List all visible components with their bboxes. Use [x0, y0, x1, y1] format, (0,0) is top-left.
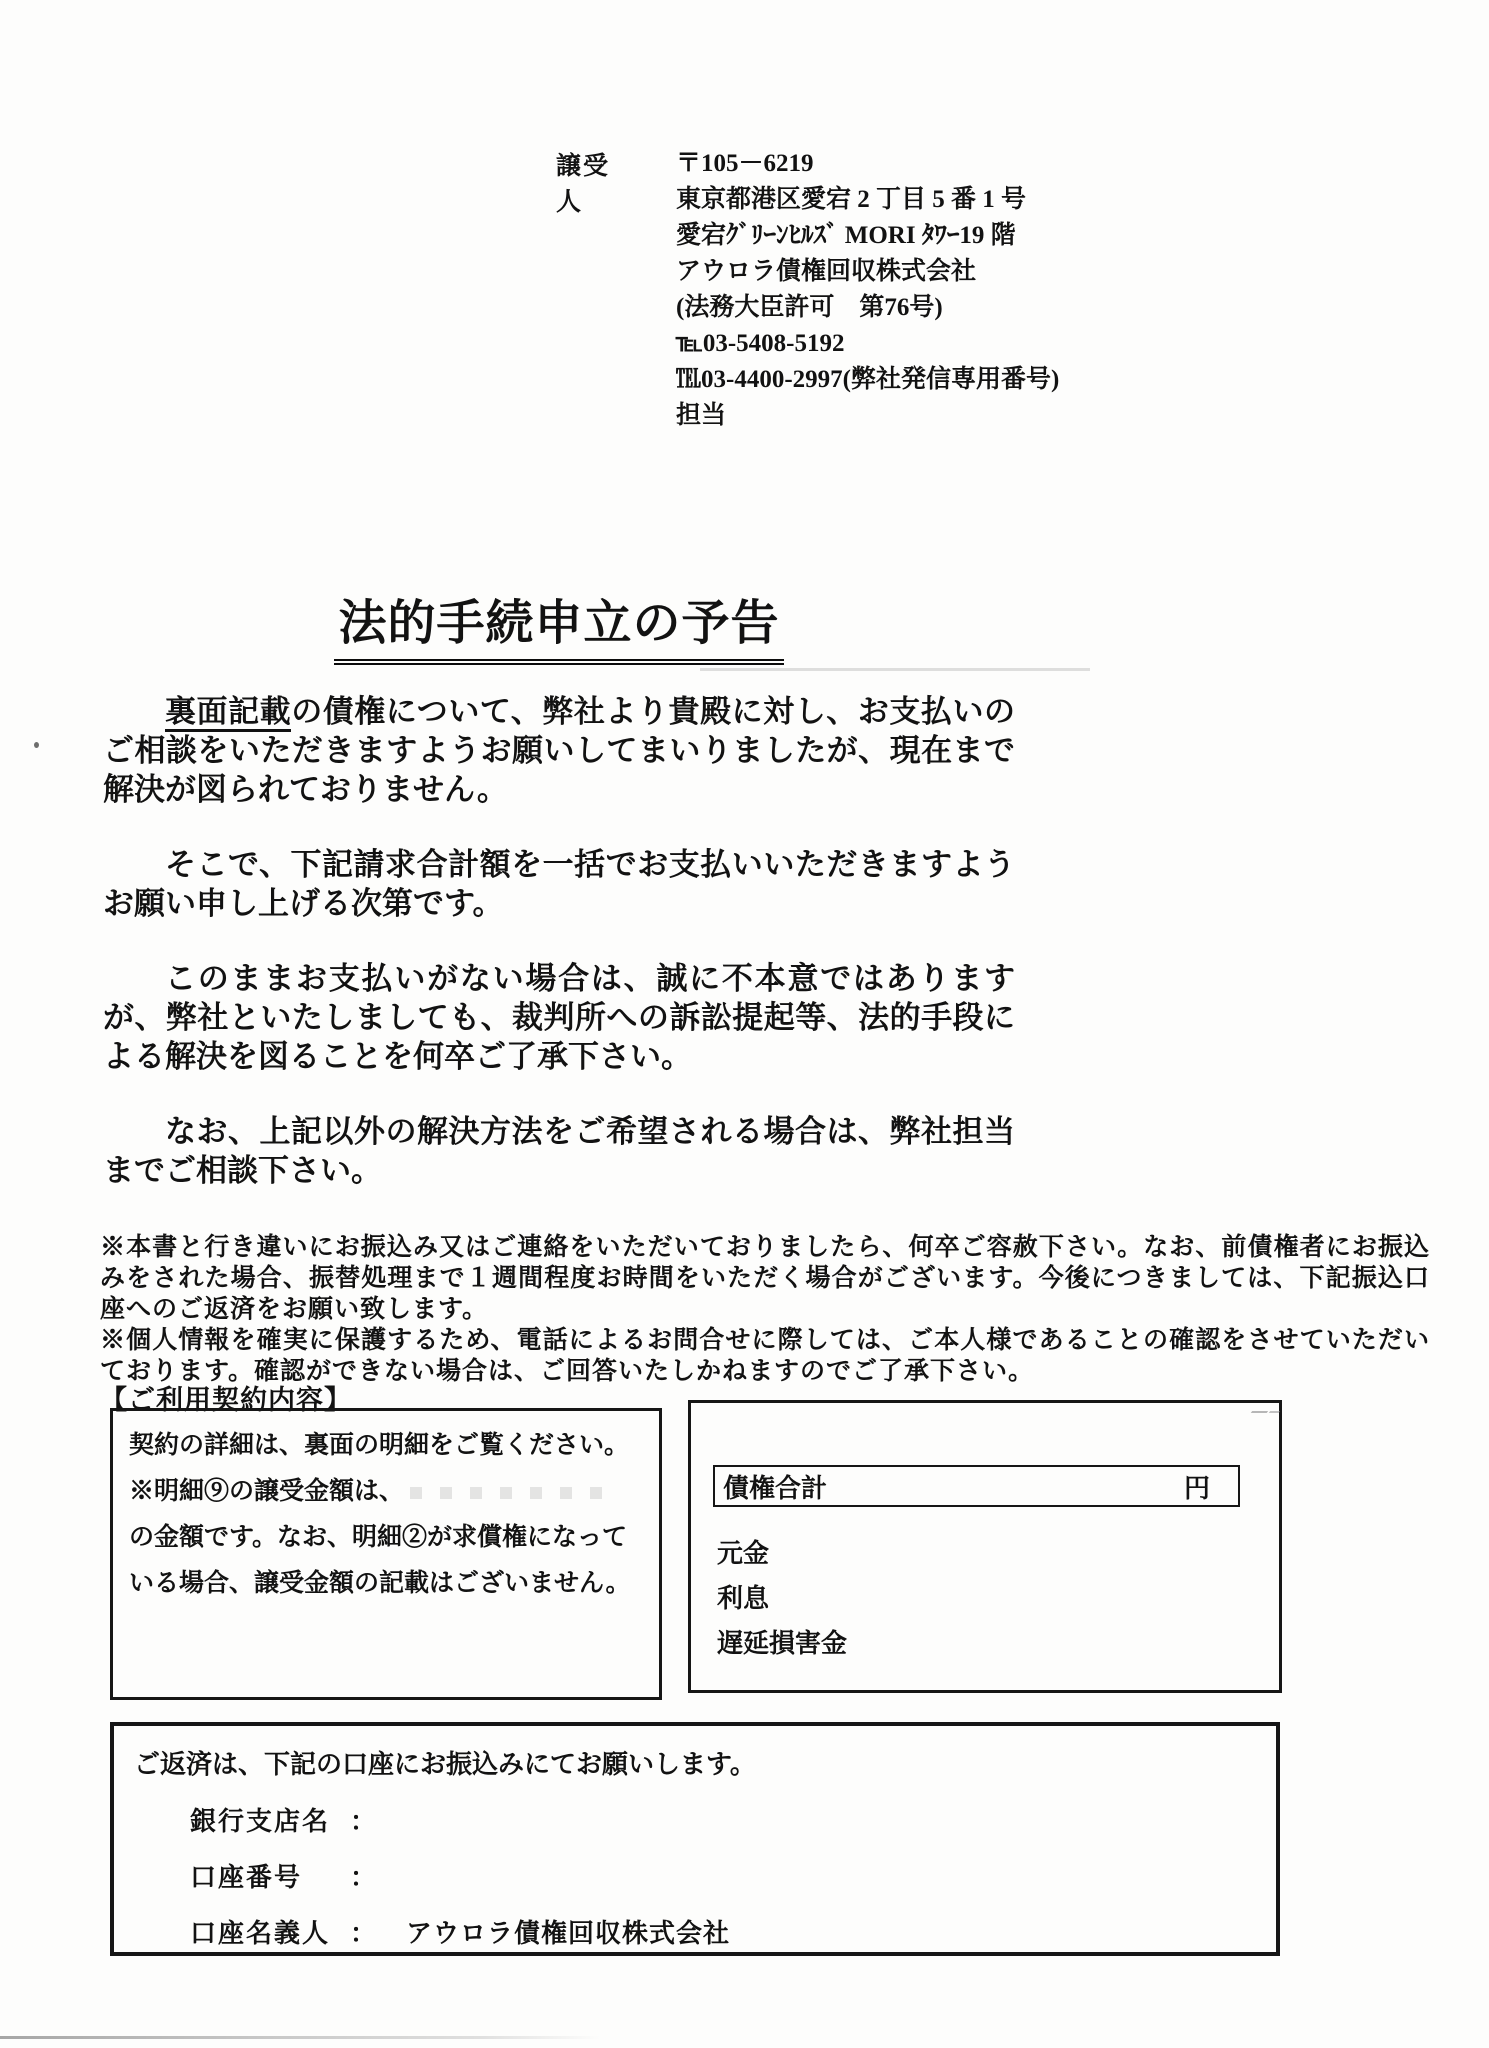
notes-column: ※本書と行き違いにお振込み又はご連絡をいただいておりましたら、何卒ご容赦下さい。…	[100, 1232, 1430, 1387]
contact-label: 担当	[676, 398, 1059, 434]
bank-transfer-box: ご返済は、下記の口座にお振込みにてお願いします。 銀行支店名 ： 口座番号 ： …	[110, 1722, 1280, 1956]
tel-primary: ℡03-5408-5192	[676, 326, 1059, 362]
interest-label: 利息	[717, 1576, 847, 1621]
body-column: 裏面記載の債権について、弊社より貴殿に対し、お支払いのご相談をいただきますようお…	[103, 692, 1015, 1226]
license-number: (法務大臣許可 第76号)	[676, 290, 1059, 326]
address-line-2: 愛宕ｸﾞﾘｰﾝﾋﾙｽﾞ MORI ﾀﾜｰ19 階	[676, 218, 1059, 254]
account-holder-value: アウロラ債権回収株式会社	[406, 1919, 730, 1949]
sender-block: 譲受人 〒105－6219 東京都港区愛宕 2 丁目 5 番 1 号 愛宕ｸﾞﾘ…	[556, 146, 1059, 434]
note-1: ※本書と行き違いにお振込み又はご連絡をいただいておりましたら、何卒ご容赦下さい。…	[100, 1232, 1430, 1325]
scan-smudge	[700, 668, 1090, 671]
bank-transfer-intro: ご返済は、下記の口座にお振込みにてお願いします。	[134, 1744, 1276, 1781]
late-damages-label: 遅延損害金	[717, 1621, 847, 1666]
faded-erased-text	[410, 1487, 610, 1499]
contract-details-box: 契約の詳細は、裏面の明細をご覧ください。 ※明細⑨の譲受金額は、 の金額です。な…	[110, 1408, 662, 1700]
paragraph-4: なお、上記以外の解決方法をご希望される場合は、弊社担当までご相談下さい。	[103, 1112, 1015, 1190]
account-number-colon: ：	[350, 1863, 406, 1893]
scan-noise-mark	[1246, 1411, 1268, 1420]
postal-code: 〒105－6219	[676, 146, 1059, 182]
currency-label: 円	[1184, 1468, 1210, 1505]
amount-items: 元金 利息 遅延損害金	[717, 1531, 847, 1666]
paragraph-1: 裏面記載の債権について、弊社より貴殿に対し、お支払いのご相談をいただきますようお…	[103, 692, 1015, 809]
tel-secondary: ℡03-4400-2997(弊社発信専用番号)	[676, 362, 1059, 398]
contract-details-line-4: いる場合、譲受金額の記載はございません。	[129, 1561, 649, 1607]
paragraph-1-underlined: 裏面記載	[165, 694, 291, 732]
contract-details-line-2: ※明細⑨の譲受金額は、	[129, 1469, 649, 1515]
principal-label: 元金	[717, 1531, 847, 1576]
account-holder-row: 口座名義人 ： アウロラ債権回収株式会社	[190, 1919, 1276, 1949]
bank-branch-label: 銀行支店名	[190, 1807, 350, 1837]
contract-details-line-1: 契約の詳細は、裏面の明細をご覧ください。	[129, 1423, 649, 1469]
claim-total-label: 債権合計	[723, 1468, 827, 1505]
account-holder-colon: ：	[350, 1919, 406, 1949]
recipient-label: 譲受人	[556, 146, 636, 218]
paragraph-3: このままお支払いがない場合は、誠に不本意ではありますが、弊社といたしましても、裁…	[103, 959, 1015, 1076]
address-line-1: 東京都港区愛宕 2 丁目 5 番 1 号	[676, 182, 1059, 218]
contract-details-line-3: の金額です。なお、明細②が求償権になって	[129, 1515, 649, 1561]
account-number-row: 口座番号 ：	[190, 1863, 1276, 1893]
sender-address: 〒105－6219 東京都港区愛宕 2 丁目 5 番 1 号 愛宕ｸﾞﾘｰﾝﾋﾙ…	[676, 146, 1059, 434]
claim-amount-box: 債権合計 円 元金 利息 遅延損害金	[688, 1400, 1282, 1693]
document-title: 法的手続申立の予告	[334, 584, 783, 665]
bank-branch-colon: ：	[350, 1807, 406, 1837]
bank-branch-row: 銀行支店名 ：	[190, 1807, 1276, 1837]
claim-total-row: 債権合計 円	[713, 1465, 1240, 1507]
company-name: アウロラ債権回収株式会社	[676, 254, 1059, 290]
bank-transfer-rows: 銀行支店名 ： 口座番号 ： 口座名義人 ： アウロラ債権回収株式会社	[134, 1807, 1276, 1949]
scanned-notice-page: 譲受人 〒105－6219 東京都港区愛宕 2 丁目 5 番 1 号 愛宕ｸﾞﾘ…	[0, 0, 1489, 2048]
account-number-label: 口座番号	[190, 1863, 350, 1893]
scan-dot	[34, 742, 39, 748]
title-wrap: 法的手続申立の予告	[103, 584, 1015, 665]
scan-edge-line	[0, 2036, 600, 2039]
paragraph-2: そこで、下記請求合計額を一括でお支払いいただきますようお願い申し上げる次第です。	[103, 845, 1015, 923]
account-holder-label: 口座名義人	[190, 1919, 350, 1949]
